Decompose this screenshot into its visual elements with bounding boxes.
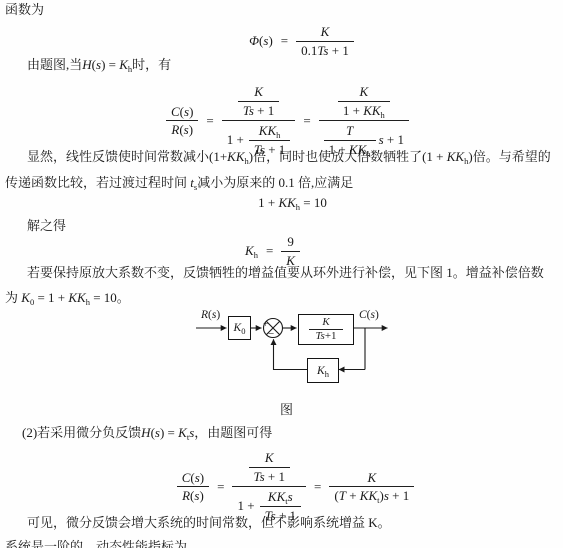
equation-kh-solution: Kh = 9 K (245, 233, 300, 269)
document-page: 函数为 Φ(s) = K 0.1Ts + 1 由题图,当H(s) = Kh时，有… (0, 0, 563, 548)
minus-sign: − (268, 329, 274, 340)
eq1-equals-1: = (206, 113, 213, 129)
text-part2-intro: (2)若采用微分负反馈H(s) = Kts，由题图可得 (22, 425, 272, 441)
text-solving: 解之得 (27, 218, 66, 234)
equation-closed-loop-1: C(s) R(s) = K Ts + 1 1 + KKh Ts + 1 (166, 82, 409, 159)
equation-phi: Φ(s) = K 0.1Ts + 1 (249, 23, 354, 59)
phi-lhs: Φ(s) (249, 33, 273, 49)
eq1-rhs-fraction: K 1 + KKh T 1 + KKh s + 1 (319, 82, 409, 159)
kh-equals: = (266, 243, 273, 259)
equation-gain-condition: 1 + KKh = 10 (258, 195, 327, 211)
phi-fraction: K 0.1Ts + 1 (296, 23, 354, 59)
text-compensation-2: 为 K0 = 1 + KKh = 10。 (5, 290, 130, 306)
text-clipped-last: 系统是一阶的，动态性能指标为 (5, 539, 187, 548)
block-diagram: R(s) K0 + − K Ts+1 Kh C(s) (190, 306, 402, 396)
eq2-equals-2: = (314, 479, 321, 495)
gain-block: K0 (228, 316, 251, 340)
kh-fraction: 9 K (281, 233, 300, 269)
signal-arrows (196, 319, 388, 370)
kh-lhs: Kh (245, 243, 258, 259)
eq2-equals-1: = (217, 479, 224, 495)
text-conclusion: 可见，微分反馈会增大系统的时间常数，但不影响系统增益 K。 (27, 515, 391, 531)
equation-kh-row: Kh = 9 K (0, 233, 563, 269)
equation-closed-loop-2: C(s) R(s) = K Ts + 1 1 + KKts Ts + 1 (177, 448, 415, 525)
equation-2-row: C(s) R(s) = K Ts + 1 1 + KKts Ts + 1 (0, 448, 563, 525)
eq2-lhs: C(s) R(s) (177, 469, 209, 505)
equation-condition-row: 1 + KKh = 10 (0, 195, 563, 211)
eq1-lhs: C(s) R(s) (166, 103, 198, 139)
eq1-mid-fraction: K Ts + 1 1 + KKh Ts + 1 (222, 82, 296, 159)
phi-equals: = (281, 33, 288, 49)
diagram-output-label: C(s) (359, 310, 379, 322)
equation-phi-row: Φ(s) = K 0.1Ts + 1 (0, 23, 563, 59)
text-obviously-2: 传递函数比较，若过渡过程时间 ts减小为原来的 0.1 倍,应满足 (5, 175, 353, 191)
eq1-equals-2: = (303, 113, 310, 129)
equation-1-row: C(s) R(s) = K Ts + 1 1 + KKh Ts + 1 (0, 82, 563, 159)
text-obviously-1: 显然，线性反馈使时间常数减小(1+KKh)倍，同时也使放大倍数牺牲了(1 + K… (27, 149, 551, 165)
eq2-mid-fraction: K Ts + 1 1 + KKts Ts + 1 (232, 448, 306, 525)
text-compensation-1: 若要保持原放大系数不变，反馈牺牲的增益值要从环外进行补偿，见下图 1。增益补偿倍… (27, 265, 544, 281)
feedback-block: Kh (307, 358, 339, 383)
figure-caption: 图 (280, 399, 293, 418)
diagram-input-label: R(s) (201, 310, 220, 322)
text-given-hs: 由题图,当H(s) = Kh时，有 (27, 57, 171, 73)
plant-block: K Ts+1 (298, 314, 354, 345)
eq2-rhs-fraction: K (T + KKt)s + 1 (329, 469, 414, 505)
text-function-intro: 函数为 (5, 2, 44, 18)
figure-caption-row: 图 (0, 399, 563, 418)
